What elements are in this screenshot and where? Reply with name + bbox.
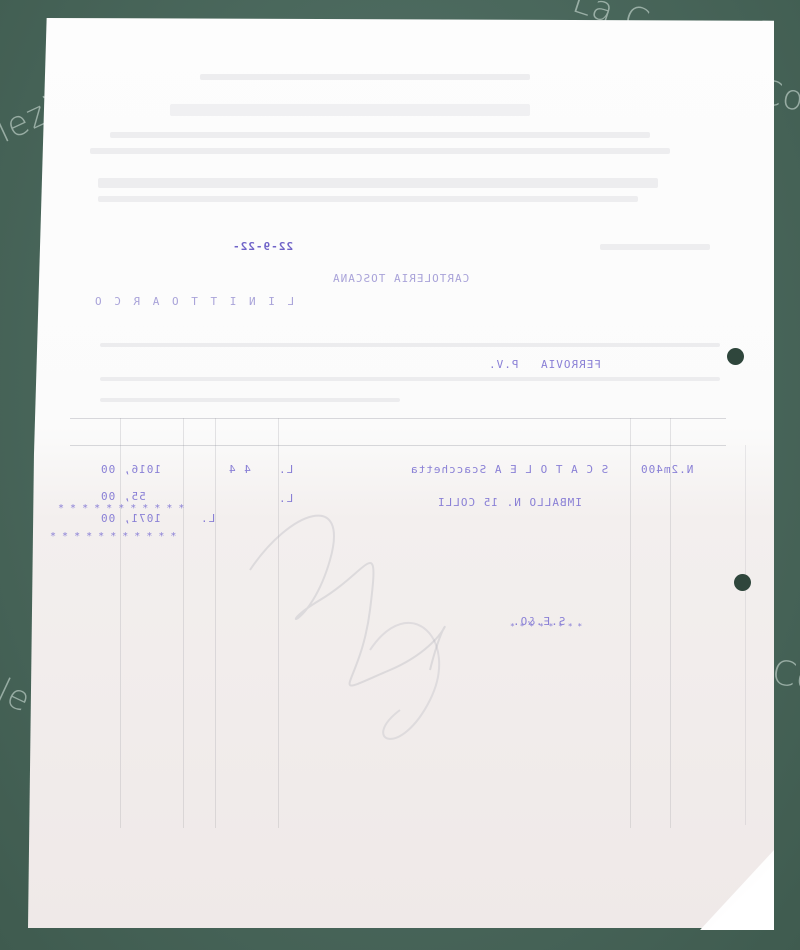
recipient-line: CARTOLERIA TOSCANA [332,272,469,285]
invoice-date: 22-9-22- [232,240,293,253]
punch-hole-top [727,348,744,365]
shipping-terms: P.V. [488,358,519,371]
signature-ghost [230,470,490,750]
punch-hole-bottom [734,574,751,591]
total-separator: * * * * * * * * * * * [50,531,176,542]
item-quantity: N.2m400 [640,463,693,476]
item-amount: 55, 00 [100,490,146,503]
salutation-underline: * * * * * * * * [510,622,582,631]
item-amount: 1016, 00 [100,463,161,476]
recipient-name: L I N I T T O A R C O [92,295,294,308]
shipping-via: FERROVIA [540,358,601,371]
